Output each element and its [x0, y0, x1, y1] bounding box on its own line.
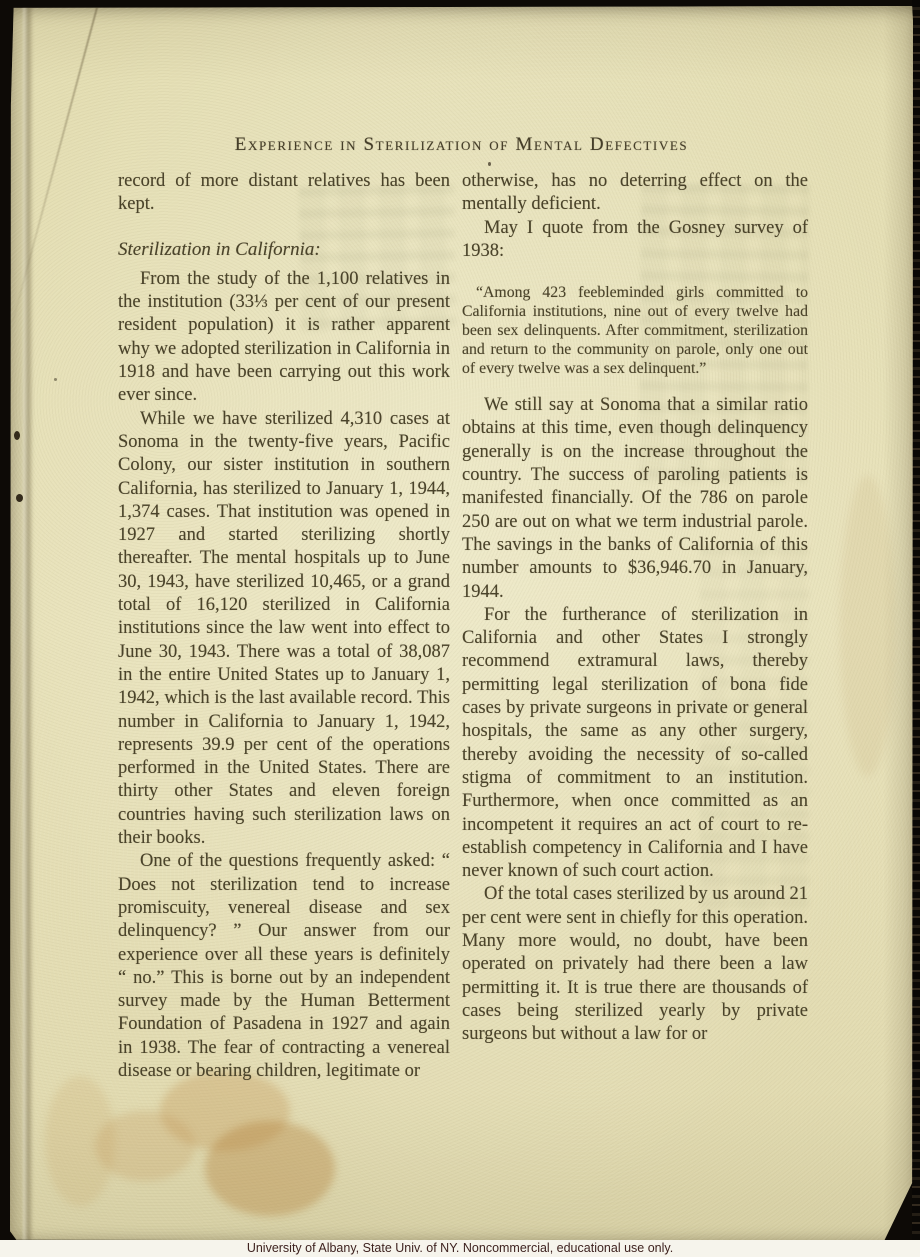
library-notice-footer: University of Albany, State Univ. of NY.… — [0, 1240, 920, 1257]
binding-crease — [23, 6, 33, 1241]
paragraph-continuation: record of more distant relatives has bee… — [118, 170, 450, 217]
paragraph: Of the total cases sterilized by us arou… — [462, 883, 808, 1046]
speck — [14, 431, 20, 440]
stain — [205, 1121, 335, 1216]
stain — [45, 1076, 115, 1206]
right-column: otherwise, has no deterring effect on th… — [462, 170, 808, 1047]
speck — [54, 378, 57, 381]
paragraph: May I quote from the Gosney survey of 19… — [462, 217, 808, 264]
paragraph-continuation: otherwise, has no deterring effect on th… — [462, 170, 808, 217]
running-header-title: Experience in Sterilization of Mental De… — [10, 134, 913, 156]
corner-crease — [5, 0, 100, 348]
scan-right-edge — [912, 0, 920, 1257]
paragraph: For the furtherance of sterilization in … — [462, 604, 808, 884]
paragraph: We still say at Sonoma that a similar ra… — [462, 394, 808, 604]
speck — [488, 162, 491, 166]
book-page-scan: Experience in Sterilization of Mental De… — [10, 6, 913, 1241]
left-column: record of more distant relatives has bee… — [118, 170, 450, 1083]
paragraph: While we have sterilized 4,310 cases at … — [118, 408, 450, 851]
paragraph: One of the questions frequently asked: “… — [118, 850, 450, 1083]
section-heading: Sterilization in California: — [118, 238, 450, 261]
block-quote: “Among 423 feebleminded girls committed … — [462, 283, 808, 378]
paragraph: From the study of the 1,100 relatives in… — [118, 268, 450, 408]
stain — [840, 476, 895, 776]
speck — [16, 494, 23, 502]
